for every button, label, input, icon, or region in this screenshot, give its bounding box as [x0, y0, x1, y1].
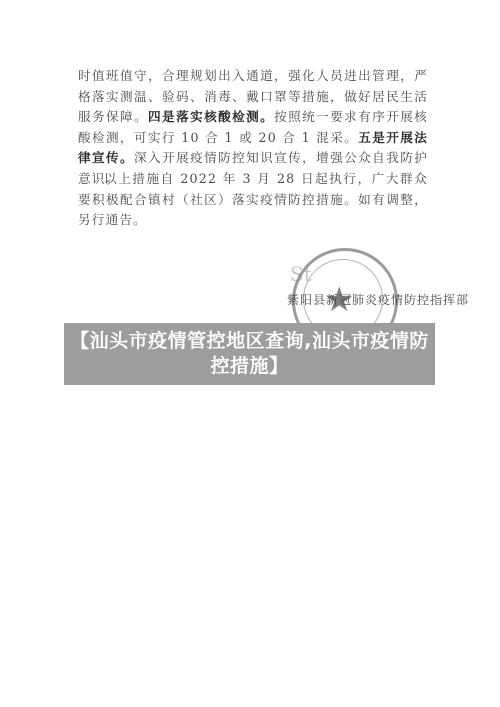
- signature-authority: 紫阳县新冠肺炎疫情防控指挥部: [287, 291, 469, 308]
- bold-heading-nucleic-test: 四是落实核酸检测。: [148, 109, 274, 124]
- document-paragraph-effective-date: 以上措施自 2022 年 3 月 28 日起执行，广大群众要积极配合镇村（社区）…: [78, 169, 428, 231]
- banner-title: 【汕头市疫情管控地区查询,汕头市疫情防控措施】: [70, 329, 430, 379]
- title-banner: 【汕头市疫情管控地区查询,汕头市疫情防控措施】: [64, 323, 435, 385]
